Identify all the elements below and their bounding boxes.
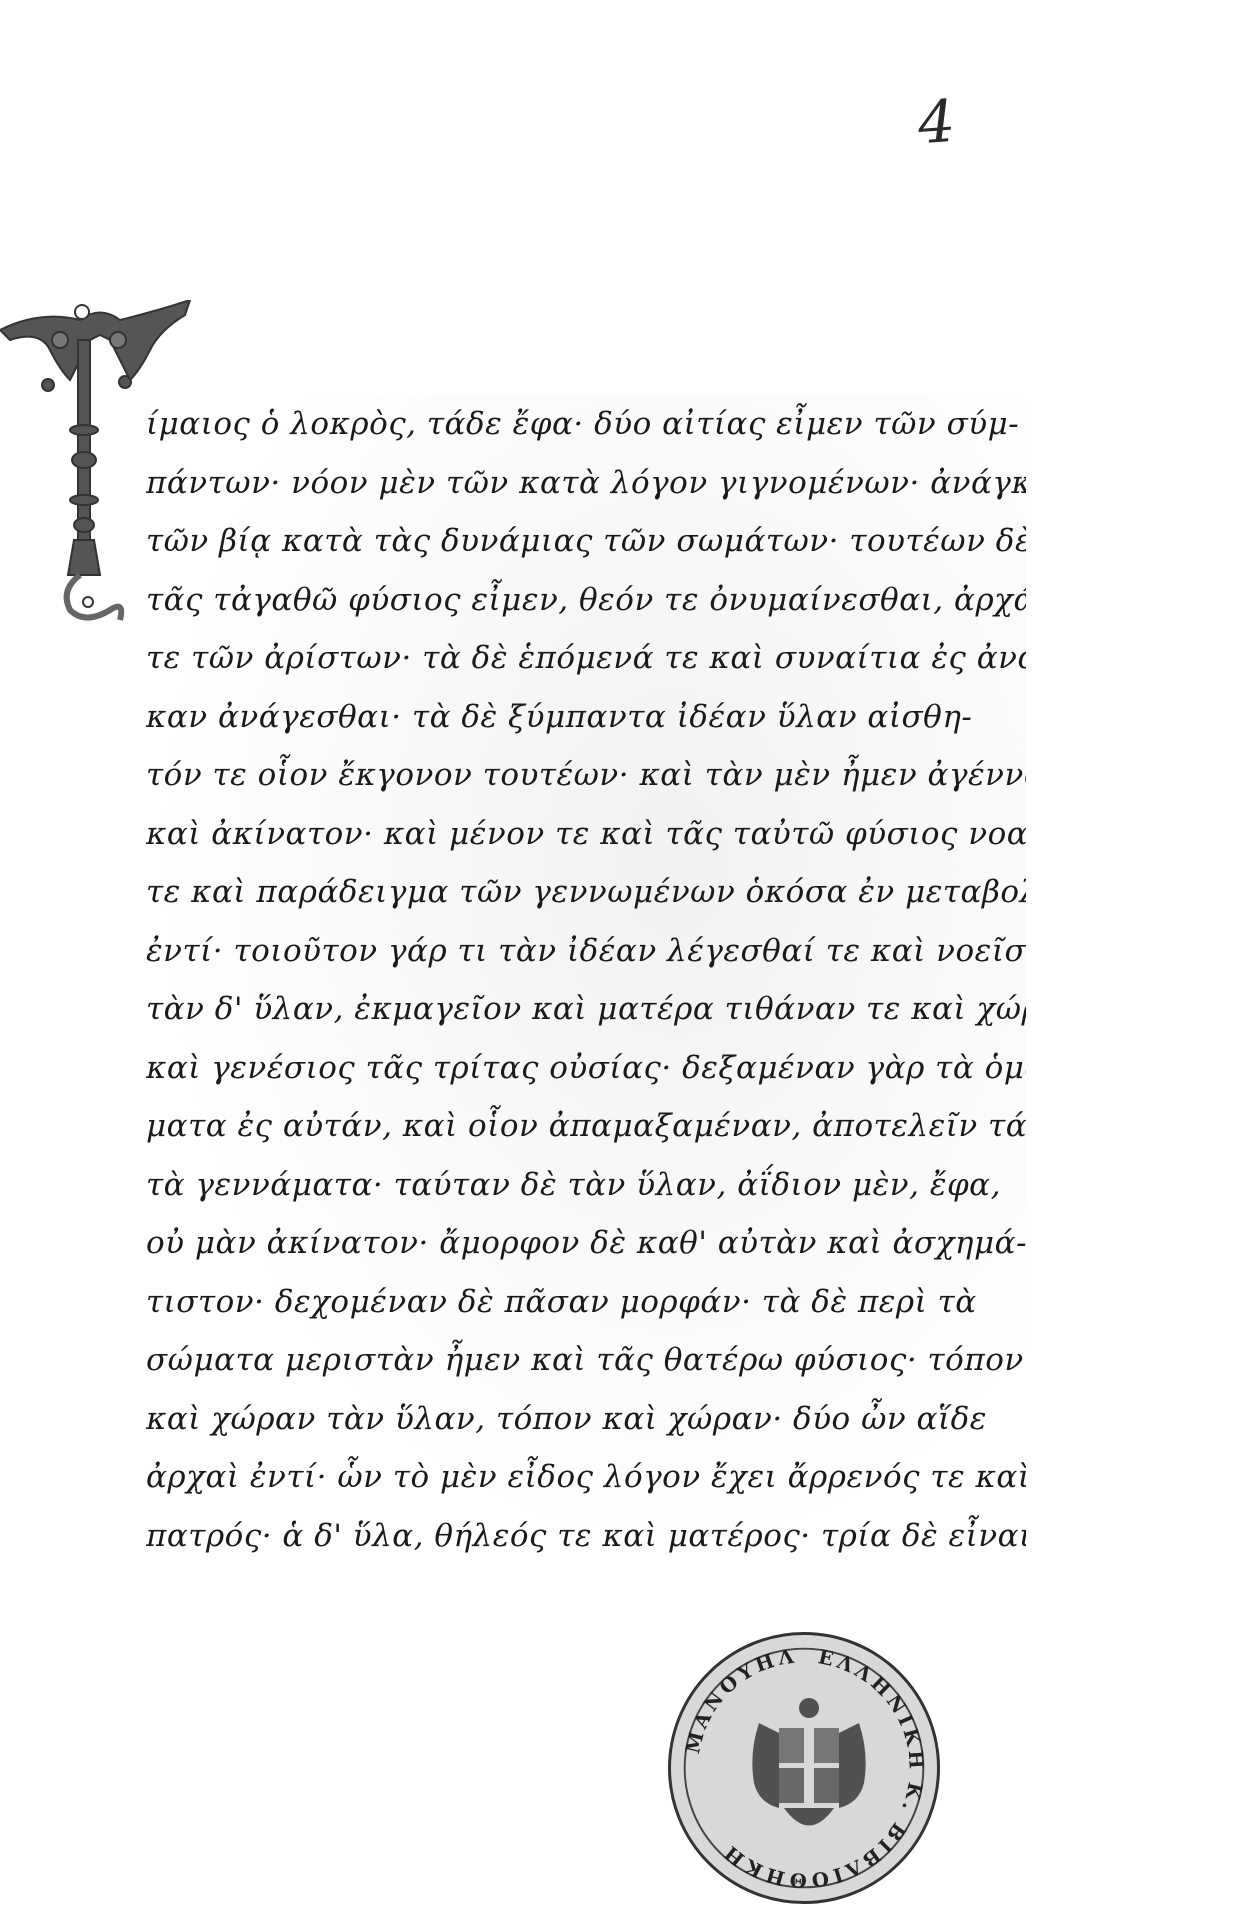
text-line: τε καὶ παράδειγμα τῶν γεννωμένων ὁκόσα ἐ… [146,863,1026,922]
text-line: ματα ἐς αὐτάν, καὶ οἷον ἀπαμαξαμέναν, ἀπ… [146,1097,1026,1156]
text-line: ἀρχαὶ ἐντί· ὧν τὸ μὲν εἶδος λόγον ἔχει ἄ… [146,1448,1026,1507]
page-number: 4 [916,87,958,157]
text-line: καν ἀνάγεσθαι· τὰ δὲ ξύμπαντα ἰδέαν ὕλαν… [146,688,1026,747]
text-line: οὐ μὰν ἀκίνατον· ἄμορφον δὲ καθ' αὐτὰν κ… [146,1214,1026,1273]
text-line: τε τῶν ἀρίστων· τὰ δὲ ἑπόμενά τε καὶ συν… [146,629,1026,688]
text-line: καὶ χώραν τὰν ὕλαν, τόπον καὶ χώραν· δύο… [146,1390,1026,1449]
text-line: ίμαιος ὁ λοκρὸς, τάδε ἔφα· δύο αἰτίας εἶ… [146,395,1026,454]
text-line: ἐντί· τοιοῦτον γάρ τι τὰν ἰδέαν λέγεσθαί… [146,922,1026,981]
text-line: τὰ γεννάματα· ταύταν δὲ τὰν ὕλαν, ἀΐδιον… [146,1156,1026,1215]
text-line: πάντων· νόον μὲν τῶν κατὰ λόγον γιγνομέν… [146,454,1026,513]
text-line: πατρός· ἁ δ' ὕλα, θήλεός τε καὶ ματέρος·… [146,1507,1026,1566]
text-line: καὶ ἀκίνατον· καὶ μένον τε καὶ τᾶς ταὐτῶ… [146,805,1026,864]
library-seal: ΜΑΝΟΥΗΛ ΕΛΛΗΝΙΚΗ Κ. ΒΙΒΛΙΟΘΗΚΗ [668,1632,940,1904]
text-line: τιστον· δεχομέναν δὲ πᾶσαν μορφάν· τὰ δὲ… [146,1273,1026,1332]
text-line: τῶν βίᾳ κατὰ τὰς δυνάμιας τῶν σωμάτων· τ… [146,512,1026,571]
text-line: τόν τε οἷον ἔκγονον τουτέων· καὶ τὰν μὲν… [146,746,1026,805]
text-line: τὰν δ' ὕλαν, ἐκμαγεῖον καὶ ματέρα τιθάνα… [146,980,1026,1039]
text-line: σώματα μεριστὰν ἦμεν καὶ τᾶς θατέρω φύσι… [146,1331,1026,1390]
text-line: τᾶς τἀγαθῶ φύσιος εἶμεν, θεόν τε ὀνυμαίν… [146,571,1026,630]
text-line: καὶ γενέσιος τᾶς τρίτας οὐσίας· δεξαμένα… [146,1039,1026,1098]
manuscript-text: ίμαιος ὁ λοκρὸς, τάδε ἔφα· δύο αἰτίας εἶ… [146,395,1026,1565]
coat-of-arms-icon [739,1693,879,1843]
